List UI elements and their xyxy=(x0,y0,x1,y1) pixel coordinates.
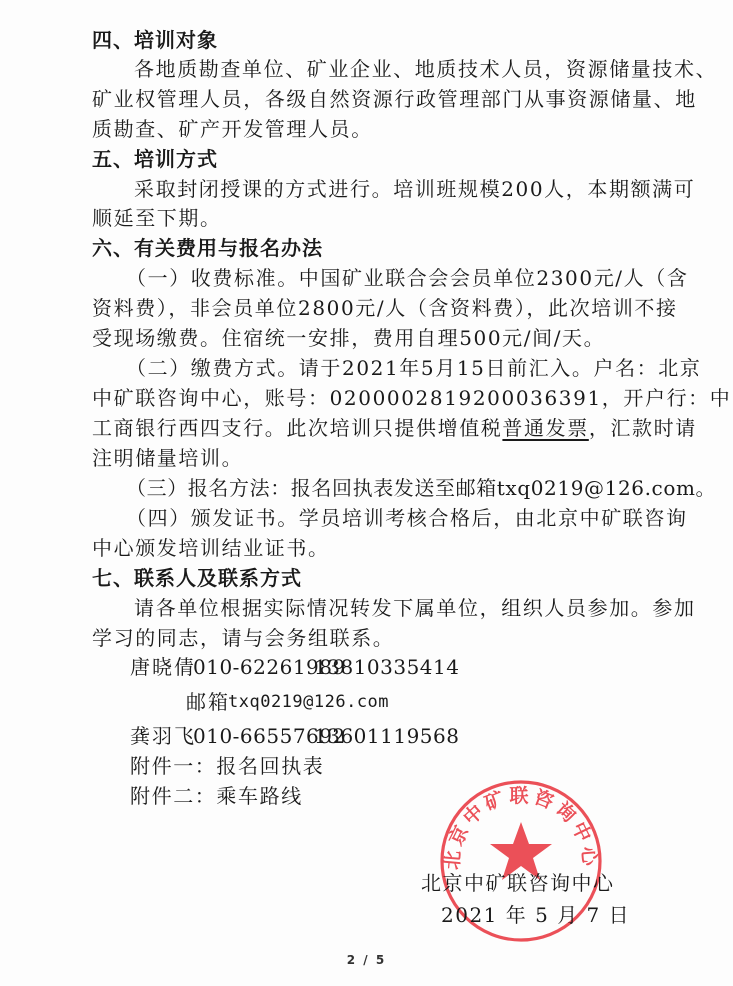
contact-name: 龚羽飞 xyxy=(130,723,196,749)
section-heading-4: 四、培训对象 xyxy=(92,27,218,53)
certificate-line: 中心颁发培训结业证书。 xyxy=(92,535,330,561)
paragraph-line: 采取封闭授课的方式进行。培训班规模200人，本期额满可 xyxy=(134,176,695,202)
registration-line: （三）报名方法：报名回执表发送至邮箱txq0219@126.com。 xyxy=(126,475,716,501)
attachment-item: 附件一：报名回执表 xyxy=(130,753,324,779)
payment-text-post: ，汇款时请 xyxy=(589,416,697,440)
paragraph-line: 学习的同志，请与会务组联系。 xyxy=(92,625,394,651)
paragraph-line: 各地质勘查单位、矿业企业、地质技术人员，资源储量技术、 xyxy=(134,56,717,82)
section-heading-7: 七、联系人及联系方式 xyxy=(92,565,302,591)
fees-line: 资料费），非会员单位2800元/人（含资料费），此次培训不接 xyxy=(92,295,678,321)
signature-date: 2021 年 5 月 7 日 xyxy=(441,902,630,928)
invoice-type-underlined: 普通发票 xyxy=(502,416,588,440)
section-heading-6: 六、有关费用与报名办法 xyxy=(92,235,323,261)
paragraph-line: 请各单位根据实际情况转发下属单位，组织人员参加。参加 xyxy=(134,595,696,621)
page-indicator: 2 / 5 xyxy=(0,953,733,967)
signature-organization: 北京中矿联咨询中心 xyxy=(421,870,615,896)
certificate-line: （四）颁发证书。学员培训考核合格后，由北京中矿联咨询 xyxy=(126,505,688,531)
payment-line-invoice: 工商银行西四支行。此次培训只提供增值税普通发票，汇款时请 xyxy=(92,415,697,441)
contact-email-label: 邮箱 xyxy=(186,689,230,715)
paragraph-line: 质勘查、矿产开发管理人员。 xyxy=(92,116,373,142)
contact-email: txq0219@126.com xyxy=(228,689,389,715)
fees-line: 受现场缴费。住宿统一安排，费用自理500元/间/天。 xyxy=(92,325,605,351)
fees-line: （一）收费标准。中国矿业联合会会员单位2300元/人（含 xyxy=(126,265,688,291)
document-page: 四、培训对象 各地质勘查单位、矿业企业、地质技术人员，资源储量技术、 矿业权管理… xyxy=(0,0,733,986)
payment-line: （二）缴费方式。请于2021年5月15日前汇入。户名：北京 xyxy=(126,355,701,381)
payment-text-pre: 工商银行西四支行。此次培训只提供增值税 xyxy=(92,416,502,440)
section-heading-5: 五、培训方式 xyxy=(92,146,218,172)
paragraph-line: 顺延至下期。 xyxy=(92,205,222,231)
attachment-item: 附件二：乘车路线 xyxy=(130,783,303,809)
payment-line: 注明储量培训。 xyxy=(92,445,243,471)
contact-mobile: 13601119568 xyxy=(314,723,459,749)
paragraph-line: 矿业权管理人员，各级自然资源行政管理部门从事资源储量、地 xyxy=(92,86,697,112)
payment-line: 中矿联咨询中心，账号：0200002819200036391，开户行：中国 xyxy=(92,385,733,411)
contact-mobile: 13810335414 xyxy=(314,654,459,680)
contact-name: 唐晓倩 xyxy=(130,654,196,680)
